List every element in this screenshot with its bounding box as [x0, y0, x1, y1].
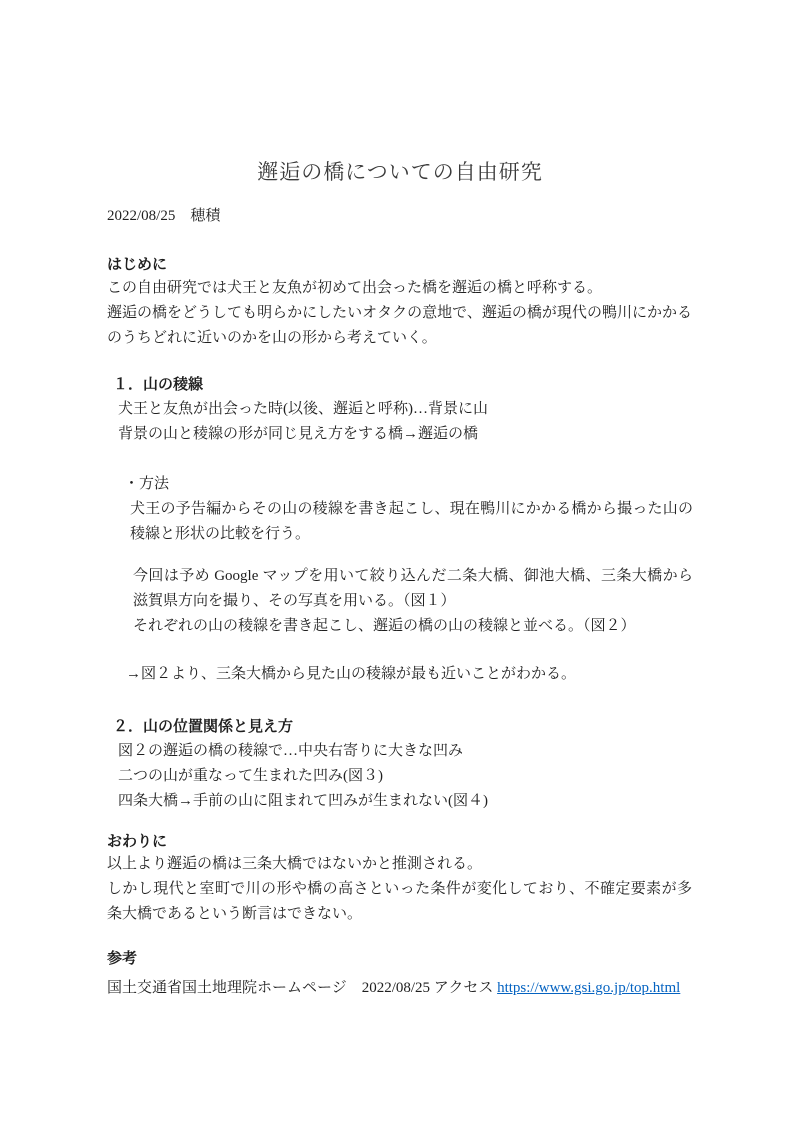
- photo-line: それぞれの山の稜線を書き起こし、邂逅の橋の山の稜線と並べる。（図２）: [133, 614, 693, 639]
- section2-line: 四条大橋→手前の山に阻まれて凹みが生まれない(図４): [118, 789, 488, 814]
- section2-notes: 図２の邂逅の橋の稜線で…中央右寄りに大きな凹み 二つの山が重なって生まれた凹み(…: [118, 739, 488, 814]
- reference-heading: 参考: [107, 946, 137, 971]
- photo-paragraph: 今回は予め Google マップを用いて絞り込んだ二条大橋、御池大橋、三条大橋か…: [133, 564, 693, 639]
- reference-text: 国土交通省国土地理院ホームページ 2022/08/25 アクセス: [107, 980, 497, 996]
- intro-paragraph: この自由研究では犬王と友魚が初めて出会った橋を邂逅の橋と呼称する。 邂逅の橋をど…: [107, 276, 692, 351]
- intro-line: この自由研究では犬王と友魚が初めて出会った橋を邂逅の橋と呼称する。: [107, 276, 692, 301]
- outro-line: 以上より邂逅の橋は三条大橋ではないかと推測される。: [107, 852, 692, 877]
- method-paragraph: 犬王の予告編からその山の稜線を書き起こし、現在鴨川にかかる橋から撮った山の 稜線…: [130, 497, 693, 547]
- page-title: 邂逅の橋についての自由研究: [0, 158, 800, 188]
- byline-date: 2022/08/25 穂積: [107, 204, 220, 229]
- intro-line: のうちどれに近いのかを山の形から考えていく。: [107, 326, 692, 351]
- intro-heading: はじめに: [107, 252, 167, 277]
- section1-notes: 犬王と友魚が出会った時(以後、邂逅と呼称)…背景に山 背景の山と稜線の形が同じ見…: [118, 397, 488, 447]
- reference-link[interactable]: https://www.gsi.go.jp/top.html: [497, 980, 680, 996]
- outro-line: しかし現代と室町で川の形や橋の高さといった条件が変化しており、不確定要素が多く、…: [107, 877, 692, 902]
- intro-line: 邂逅の橋をどうしても明らかにしたいオタクの意地で、邂逅の橋が現代の鴨川にかかる橋: [107, 301, 692, 326]
- section1-heading: １．山の稜線: [113, 372, 203, 397]
- method-line: 稜線と形状の比較を行う。: [130, 522, 693, 547]
- photo-line: 滋賀県方向を撮り、その写真を用いる。（図１）: [133, 589, 693, 614]
- section2-line: 二つの山が重なって生まれた凹み(図３): [118, 764, 488, 789]
- method-line: 犬王の予告編からその山の稜線を書き起こし、現在鴨川にかかる橋から撮った山の: [130, 497, 693, 522]
- section1-conclusion: →図２より、三条大橋から見た山の稜線が最も近いことがわかる。: [126, 662, 576, 687]
- photo-line: 今回は予め Google マップを用いて絞り込んだ二条大橋、御池大橋、三条大橋か…: [133, 564, 693, 589]
- outro-paragraph: 以上より邂逅の橋は三条大橋ではないかと推測される。 しかし現代と室町で川の形や橋…: [107, 852, 692, 927]
- section2-line: 図２の邂逅の橋の稜線で…中央右寄りに大きな凹み: [118, 739, 488, 764]
- section1-line: 背景の山と稜線の形が同じ見え方をする橋→邂逅の橋: [118, 422, 488, 447]
- method-label: ・方法: [124, 472, 169, 497]
- outro-heading: おわりに: [107, 829, 167, 854]
- section2-heading: ２．山の位置関係と見え方: [113, 714, 293, 739]
- outro-line: 条大橋であるという断言はできない。: [107, 902, 692, 927]
- reference-line: 国土交通省国土地理院ホームページ 2022/08/25 アクセス https:/…: [107, 976, 680, 1001]
- section1-line: 犬王と友魚が出会った時(以後、邂逅と呼称)…背景に山: [118, 397, 488, 422]
- document-page: 邂逅の橋についての自由研究 2022/08/25 穂積 はじめに この自由研究で…: [0, 0, 800, 1130]
